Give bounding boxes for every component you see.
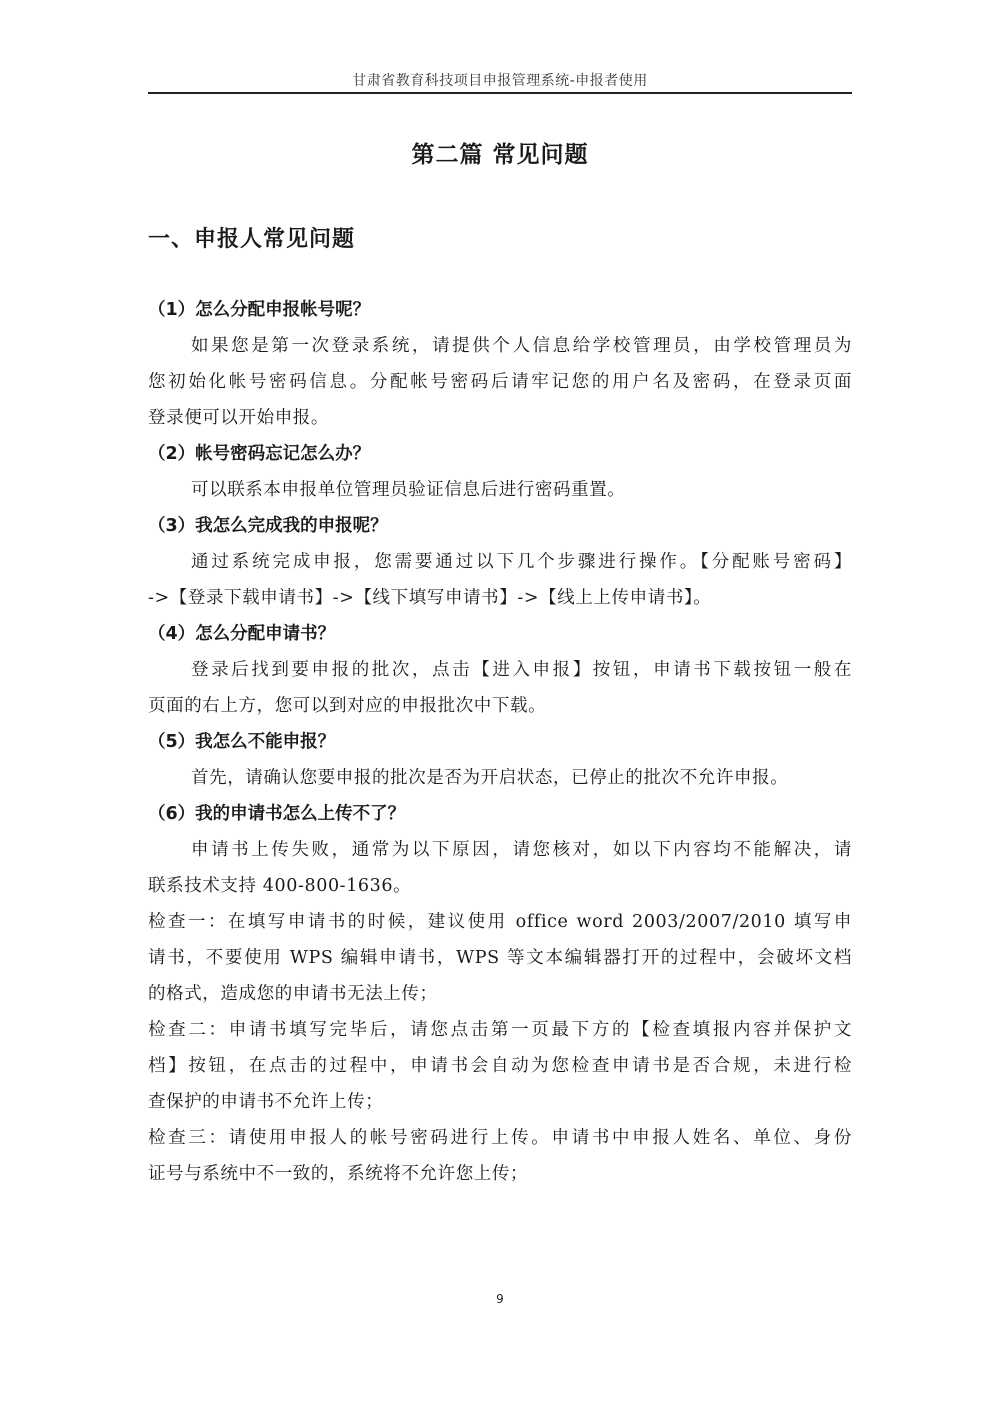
answer-line: 如果您是第一次登录系统，请提供个人信息给学校管理员，由学校管理员为: [148, 328, 852, 364]
answer-line: ->【登录下载申请书】->【线下填写申请书】->【线上上传申请书】。: [148, 580, 852, 616]
faq-question-3: （3）我怎么完成我的申报呢？: [148, 508, 852, 544]
faq-answer-2: 可以联系本申报单位管理员验证信息后进行密码重置。: [148, 472, 852, 508]
answer-line: 申请书上传失败，通常为以下原因，请您核对，如以下内容均不能解决，请: [148, 832, 852, 868]
answer-line: 页面的右上方，您可以到对应的申报批次中下载。: [148, 688, 852, 724]
faq-question-2: （2）帐号密码忘记怎么办？: [148, 436, 852, 472]
faq-question-4: （4）怎么分配申请书？: [148, 616, 852, 652]
faq-question-6: （6）我的申请书怎么上传不了？: [148, 796, 852, 832]
page-number: 9: [480, 1292, 520, 1306]
check-line: 检查三：请使用申报人的帐号密码进行上传。申请书中申报人姓名、单位、身份: [148, 1120, 852, 1156]
faq-content: （1）怎么分配申报帐号呢？ 如果您是第一次登录系统，请提供个人信息给学校管理员，…: [148, 292, 852, 1192]
check-item-2: 检查二：申请书填写完毕后，请您点击第一页最下方的【检查填报内容并保护文 档】按钮…: [148, 1012, 852, 1120]
check-line: 查保护的申请书不允许上传；: [148, 1084, 852, 1120]
check-line: 证号与系统中不一致的，系统将不允许您上传；: [148, 1156, 852, 1192]
check-line: 的格式，造成您的申请书无法上传；: [148, 976, 852, 1012]
answer-line: 可以联系本申报单位管理员验证信息后进行密码重置。: [148, 472, 852, 508]
check-item-1: 检查一：在填写申请书的时候，建议使用 office word 2003/2007…: [148, 904, 852, 1012]
check-item-3: 检查三：请使用申报人的帐号密码进行上传。申请书中申报人姓名、单位、身份 证号与系…: [148, 1120, 852, 1192]
answer-line: 您初始化帐号密码信息。分配帐号密码后请牢记您的用户名及密码，在登录页面: [148, 364, 852, 400]
faq-answer-5: 首先，请确认您要申报的批次是否为开启状态，已停止的批次不允许申报。: [148, 760, 852, 796]
faq-answer-3: 通过系统完成申报，您需要通过以下几个步骤进行操作。【分配账号密码】 ->【登录下…: [148, 544, 852, 616]
part-title: 第二篇 常见问题: [148, 136, 852, 169]
faq-question-5: （5）我怎么不能申报？: [148, 724, 852, 760]
section-title: 一、申报人常见问题: [148, 222, 355, 253]
check-line: 检查一：在填写申请书的时候，建议使用 office word 2003/2007…: [148, 904, 852, 940]
faq-answer-6: 申请书上传失败，通常为以下原因，请您核对，如以下内容均不能解决，请 联系技术支持…: [148, 832, 852, 904]
answer-line: 联系技术支持 400-800-1636。: [148, 868, 852, 904]
answer-line: 登录后找到要申报的批次，点击【进入申报】按钮，申请书下载按钮一般在: [148, 652, 852, 688]
faq-answer-1: 如果您是第一次登录系统，请提供个人信息给学校管理员，由学校管理员为 您初始化帐号…: [148, 328, 852, 436]
answer-line: 首先，请确认您要申报的批次是否为开启状态，已停止的批次不允许申报。: [148, 760, 852, 796]
faq-answer-4: 登录后找到要申报的批次，点击【进入申报】按钮，申请书下载按钮一般在 页面的右上方…: [148, 652, 852, 724]
answer-line: 通过系统完成申报，您需要通过以下几个步骤进行操作。【分配账号密码】: [148, 544, 852, 580]
check-line: 检查二：申请书填写完毕后，请您点击第一页最下方的【检查填报内容并保护文: [148, 1012, 852, 1048]
check-line: 档】按钮，在点击的过程中，申请书会自动为您检查申请书是否合规，未进行检: [148, 1048, 852, 1084]
faq-question-1: （1）怎么分配申报帐号呢？: [148, 292, 852, 328]
check-line: 请书，不要使用 WPS 编辑申请书，WPS 等文本编辑器打开的过程中，会破坏文档: [148, 940, 852, 976]
running-header: 甘肃省教育科技项目申报管理系统-申报者使用: [148, 70, 852, 90]
header-divider: [148, 92, 852, 94]
answer-line: 登录便可以开始申报。: [148, 400, 852, 436]
